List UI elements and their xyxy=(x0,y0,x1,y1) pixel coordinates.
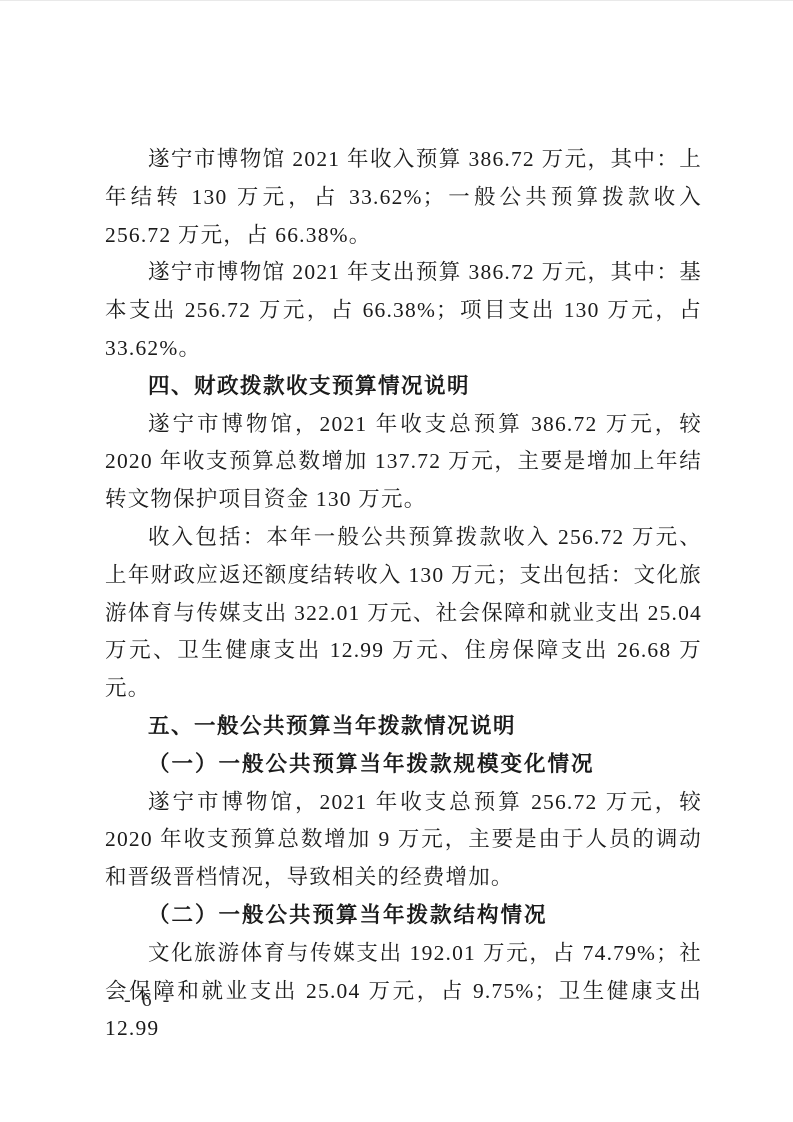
paragraph-allocation-scale-change: 遂宁市博物馆，2021 年收支总预算 256.72 万元，较 2020 年收支预… xyxy=(105,784,702,897)
paragraph-income-budget: 遂宁市博物馆 2021 年收入预算 386.72 万元，其中：上年结转 130 … xyxy=(105,141,702,254)
page-number: - 6 - xyxy=(124,989,172,1012)
document-page: 遂宁市博物馆 2021 年收入预算 386.72 万元，其中：上年结转 130 … xyxy=(0,0,793,1122)
document-body: 遂宁市博物馆 2021 年收入预算 386.72 万元，其中：上年结转 130 … xyxy=(105,141,702,1048)
paragraph-total-budget-change: 遂宁市博物馆，2021 年收支总预算 386.72 万元，较 2020 年收支预… xyxy=(105,406,702,519)
paragraph-income-expenditure-detail: 收入包括：本年一般公共预算拨款收入 256.72 万元、上年财政应返还额度结转收… xyxy=(105,519,702,708)
paragraph-expenditure-budget: 遂宁市博物馆 2021 年支出预算 386.72 万元，其中：基本支出 256.… xyxy=(105,254,702,367)
section-heading-fiscal-allocation: 四、财政拨款收支预算情况说明 xyxy=(105,368,702,406)
subsection-heading-allocation-structure: （二）一般公共预算当年拨款结构情况 xyxy=(105,897,702,935)
section-heading-public-budget-allocation: 五、一般公共预算当年拨款情况说明 xyxy=(105,708,702,746)
paragraph-allocation-structure: 文化旅游体育与传媒支出 192.01 万元，占 74.79%；社会保障和就业支出… xyxy=(105,935,702,1048)
subsection-heading-allocation-scale: （一）一般公共预算当年拨款规模变化情况 xyxy=(105,746,702,784)
